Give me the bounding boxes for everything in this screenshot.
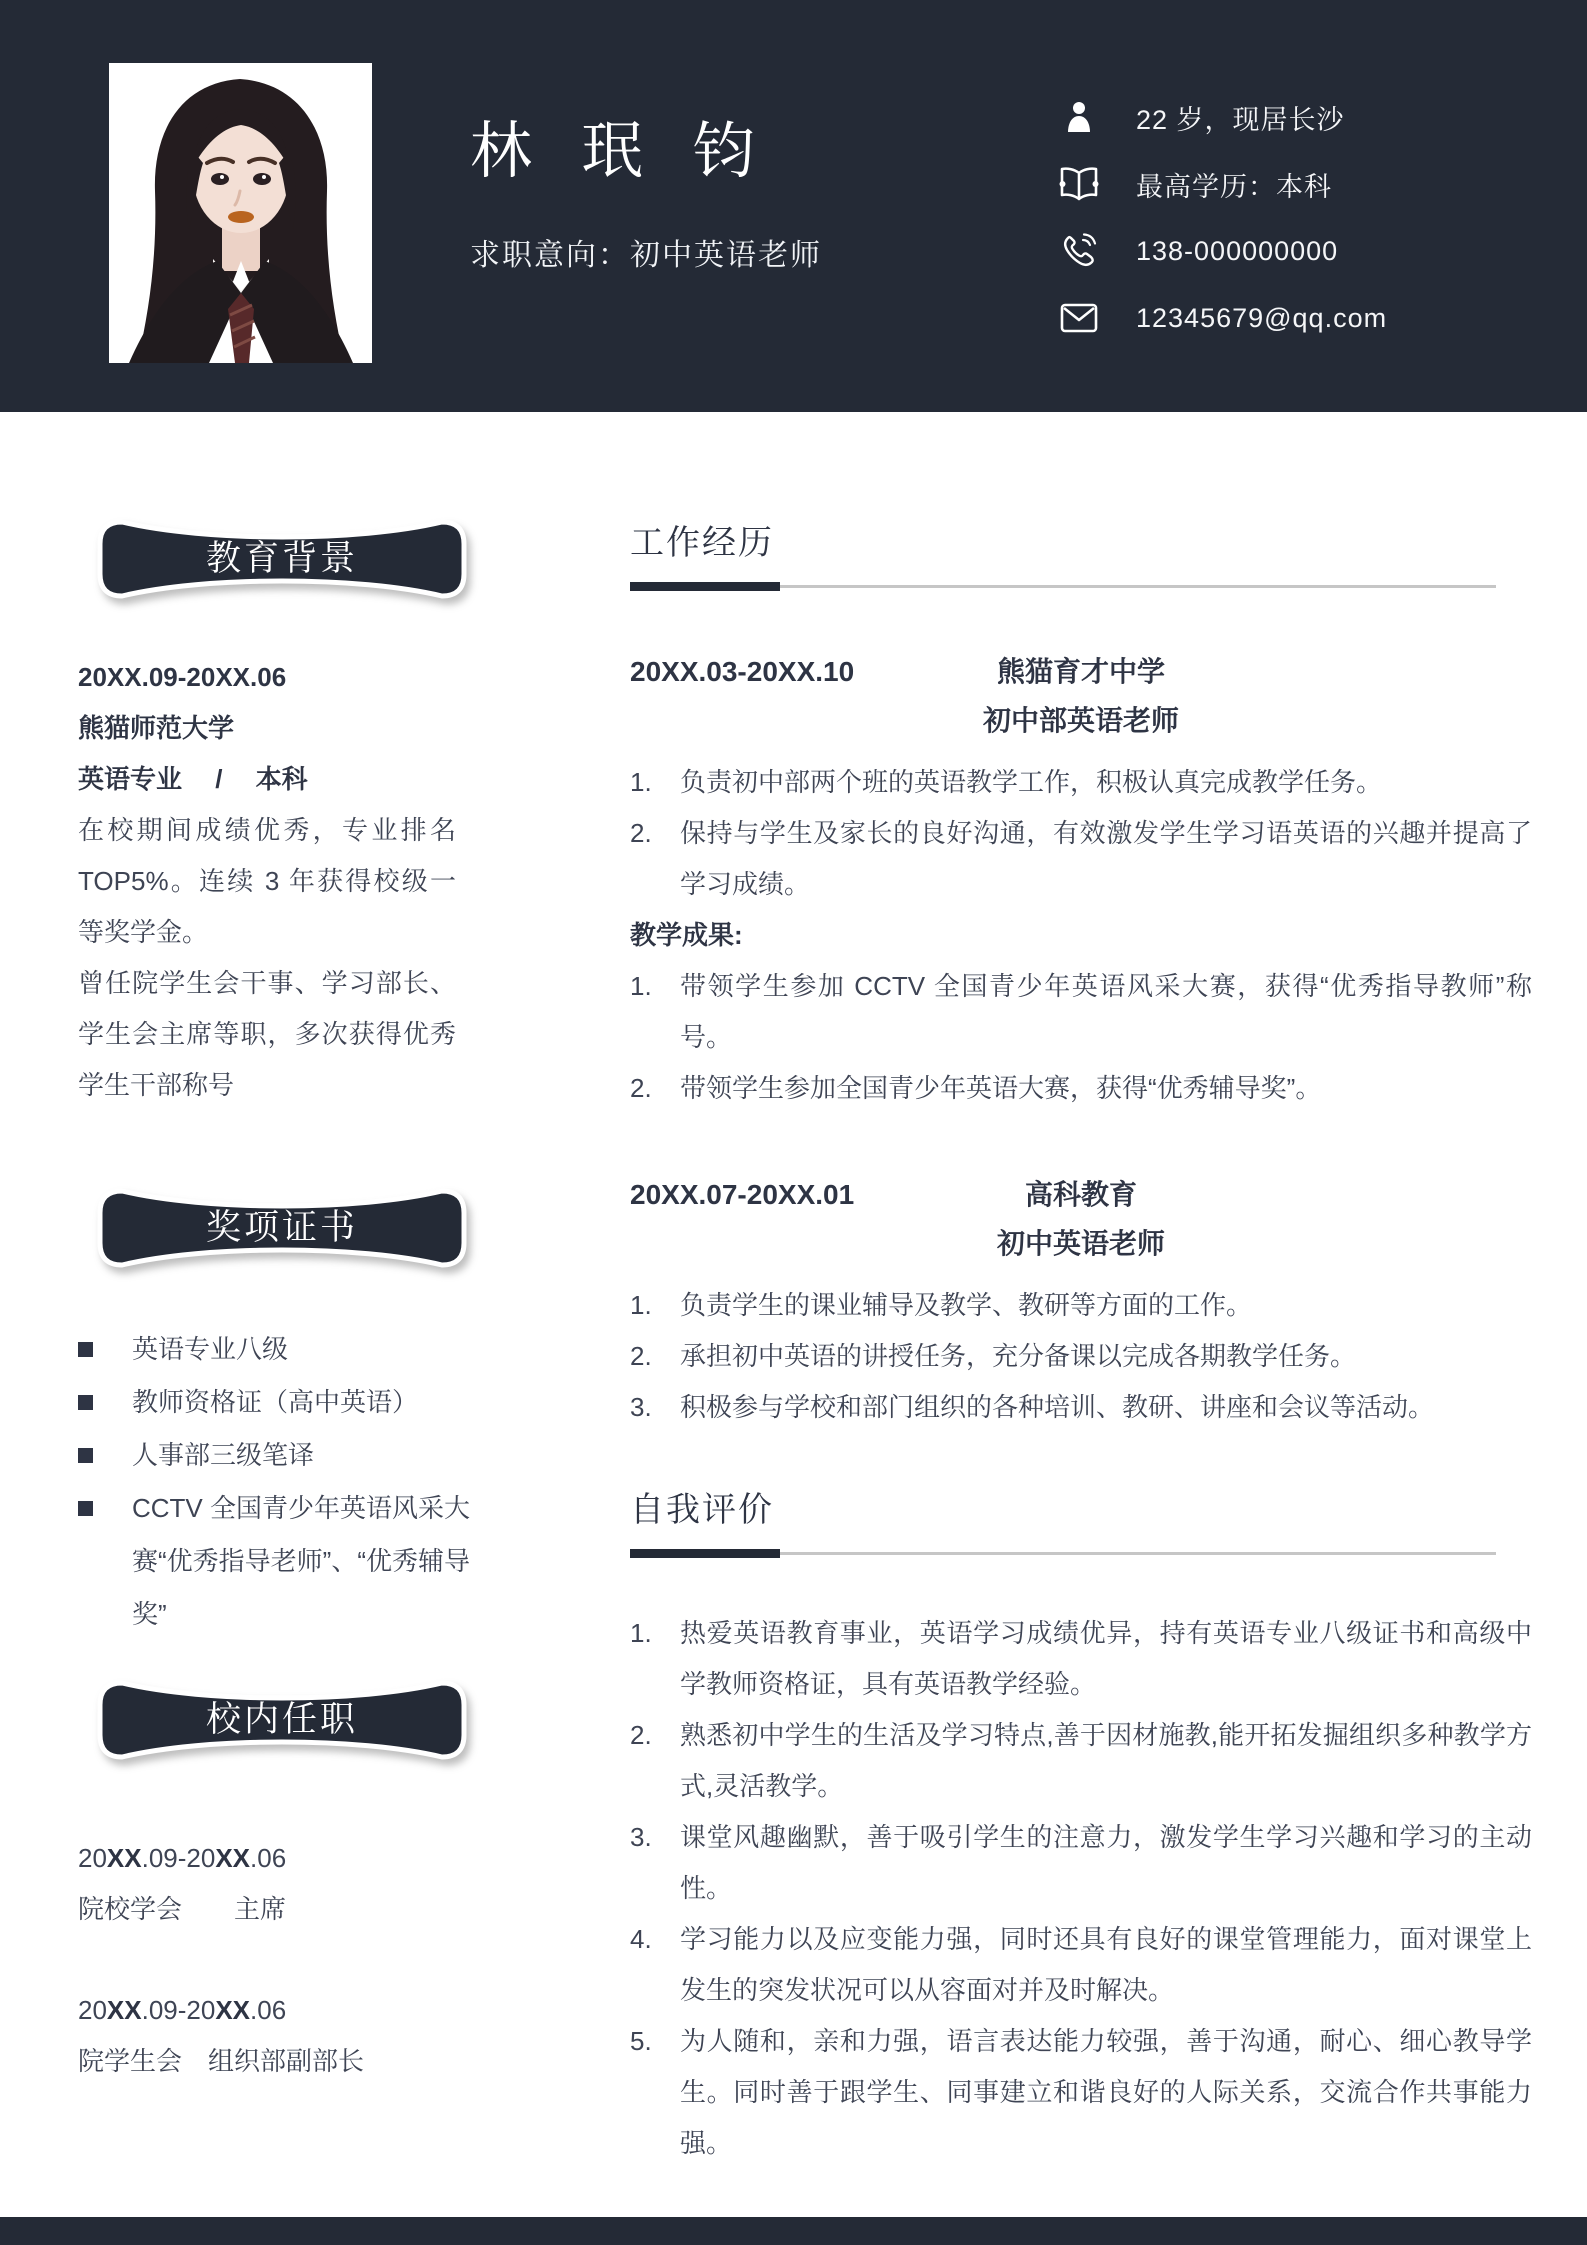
self-evaluation-title: 自我评价 — [630, 1487, 1532, 1533]
duty-text: 保持与学生及家长的良好沟通，有效激发学生学习语英语的兴趣并提高了学习成绩。 — [680, 808, 1532, 910]
education-description: 曾任院学生会干事、学习部长、学生会主席等职，多次获得优秀学生干部称号 — [78, 958, 456, 1111]
list-item: 5. 为人随和，亲和力强，语言表达能力较强，善于沟通，耐心、细心教导学生。同时善… — [630, 2016, 1532, 2169]
award-text: 人事部三级笔译 — [132, 1429, 470, 1482]
list-number: 1. — [630, 757, 680, 808]
contact-phone: 138-000000000 — [1058, 230, 1387, 272]
self-evaluation-text: 熟悉初中学生的生活及学习特点,善于因材施教,能开拓发掘组织多种教学方式,灵活教学… — [680, 1710, 1532, 1812]
award-item: 人事部三级笔译 — [78, 1429, 470, 1482]
job-period: 20XX.07-20XX.01 — [630, 1170, 854, 1219]
list-number: 3. — [630, 1382, 680, 1433]
portrait-illustration — [109, 63, 372, 363]
campus-period: 20XX.09-20XX.06 — [78, 1833, 470, 1884]
list-item: 2. 带领学生参加全国青少年英语大赛，获得“优秀辅导奖”。 — [630, 1063, 1532, 1114]
work-experience-title: 工作经历 — [630, 520, 1532, 566]
section-title-awards: 奖项证书 — [94, 1185, 470, 1271]
job-role: 初中部英语老师 — [630, 696, 1532, 745]
book-icon — [1058, 163, 1100, 205]
section-title-education: 教育背景 — [94, 516, 470, 602]
divider-accent — [630, 582, 780, 591]
contact-age-location: 22 岁，现居长沙 — [1058, 96, 1387, 138]
duty-text: 负责学生的课业辅导及教学、教研等方面的工作。 — [680, 1280, 1532, 1331]
job-role: 初中英语老师 — [630, 1219, 1532, 1268]
profile-photo — [109, 63, 372, 363]
candidate-name: 林 珉 钧 — [470, 112, 822, 192]
list-item: 2. 承担初中英语的讲授任务，充分备课以完成各期教学任务。 — [630, 1331, 1532, 1382]
contact-email: 12345679@qq.com — [1058, 297, 1387, 339]
section-divider — [630, 1549, 1532, 1558]
list-item: 1. 热爱英语教育事业，英语学习成绩优异，持有英语专业八级证书和高级中学教师资格… — [630, 1608, 1532, 1710]
duty-text: 承担初中英语的讲授任务，充分备课以完成各期教学任务。 — [680, 1331, 1532, 1382]
award-item: CCTV 全国青少年英语风采大赛“优秀指导老师”、“优秀辅导奖” — [78, 1482, 470, 1641]
list-number: 2. — [630, 1710, 680, 1812]
education-school: 熊猫师范大学 — [78, 703, 456, 754]
campus-positions-block: 20XX.09-20XX.06 院校学会 主席 20XX.09-20XX.06 … — [78, 1833, 470, 2087]
award-text: 英语专业八级 — [132, 1323, 470, 1376]
square-bullet-icon — [78, 1342, 93, 1357]
self-evaluation-text: 学习能力以及应变能力强，同时还具有良好的课堂管理能力，面对课堂上发生的突发状况可… — [680, 1914, 1532, 2016]
list-item: 2. 熟悉初中学生的生活及学习特点,善于因材施教,能开拓发掘组织多种教学方式,灵… — [630, 1710, 1532, 1812]
left-column: 教育背景 20XX.09-20XX.06 熊猫师范大学 英语专业 / 本科 在校… — [78, 412, 470, 2137]
campus-detail: 院校学会 主席 — [78, 1884, 470, 1935]
campus-entry: 20XX.09-20XX.06 院学生会 组织部副部长 — [78, 1985, 470, 2087]
list-number: 1. — [630, 961, 680, 1063]
job-duty-list: 1. 负责初中部两个班的英语教学工作，积极认真完成教学任务。 2. 保持与学生及… — [630, 757, 1532, 1114]
award-item: 教师资格证（高中英语） — [78, 1376, 470, 1429]
list-number: 2. — [630, 1331, 680, 1382]
campus-period: 20XX.09-20XX.06 — [78, 1985, 470, 2036]
contact-education: 最高学历：本科 — [1058, 163, 1387, 205]
person-icon — [1058, 96, 1100, 138]
job-period: 20XX.03-20XX.10 — [630, 647, 854, 696]
education-description: 在校期间成绩优秀，专业排名TOP5%。连续 3 年获得校级一等奖学金。 — [78, 805, 456, 958]
contact-text: 12345679@qq.com — [1136, 303, 1387, 334]
phone-icon — [1058, 230, 1100, 272]
mail-icon — [1058, 297, 1100, 339]
contact-text: 最高学历：本科 — [1136, 165, 1332, 204]
job-entry: 20XX.07-20XX.01 高科教育 初中英语老师 1. 负责学生的课业辅导… — [630, 1170, 1532, 1433]
contact-list: 22 岁，现居长沙 最高学历：本科 138-000000000 12345679… — [1058, 96, 1387, 364]
awards-list: 英语专业八级 教师资格证（高中英语） 人事部三级笔译 CCTV 全国青少年英语风… — [78, 1323, 470, 1641]
list-number: 4. — [630, 1914, 680, 2016]
self-evaluation-text: 课堂风趣幽默，善于吸引学生的注意力，激发学生学习兴趣和学习的主动性。 — [680, 1812, 1532, 1914]
achievement-text: 带领学生参加全国青少年英语大赛，获得“优秀辅导奖”。 — [680, 1063, 1532, 1114]
list-number: 1. — [630, 1608, 680, 1710]
divider-accent — [630, 1549, 780, 1558]
award-text: CCTV 全国青少年英语风采大赛“优秀指导老师”、“优秀辅导奖” — [132, 1482, 470, 1641]
self-evaluation-list: 1. 热爱英语教育事业，英语学习成绩优异，持有英语专业八级证书和高级中学教师资格… — [630, 1608, 1532, 2169]
resume-page: 林 珉 钧 求职意向：初中英语老师 22 岁，现居长沙 最高学历：本科 1 — [0, 0, 1587, 2245]
job-intention: 求职意向：初中英语老师 — [470, 236, 822, 276]
achievement-text: 带领学生参加 CCTV 全国青少年英语风采大赛，获得“优秀指导教师”称号。 — [680, 961, 1532, 1063]
education-block: 20XX.09-20XX.06 熊猫师范大学 英语专业 / 本科 在校期间成绩优… — [78, 652, 456, 1111]
list-item: 4. 学习能力以及应变能力强，同时还具有良好的课堂管理能力，面对课堂上发生的突发… — [630, 1914, 1532, 2016]
job-entry: 20XX.03-20XX.10 熊猫育才中学 初中部英语老师 1. 负责初中部两… — [630, 647, 1532, 1114]
list-number: 1. — [630, 1280, 680, 1331]
job-heading: 20XX.03-20XX.10 熊猫育才中学 初中部英语老师 — [630, 647, 1532, 745]
campus-detail: 院学生会 组织部副部长 — [78, 2036, 470, 2087]
education-period: 20XX.09-20XX.06 — [78, 652, 456, 703]
self-evaluation-text: 为人随和，亲和力强，语言表达能力较强，善于沟通，耐心、细心教导学生。同时善于跟学… — [680, 2016, 1532, 2169]
section-badge-education: 教育背景 — [94, 516, 470, 602]
list-number: 2. — [630, 1063, 680, 1114]
award-item: 英语专业八级 — [78, 1323, 470, 1376]
list-item: 2. 保持与学生及家长的良好沟通，有效激发学生学习语英语的兴趣并提高了学习成绩。 — [630, 808, 1532, 910]
job-duty-list: 1. 负责学生的课业辅导及教学、教研等方面的工作。 2. 承担初中英语的讲授任务… — [630, 1280, 1532, 1433]
square-bullet-icon — [78, 1448, 93, 1463]
duty-text: 积极参与学校和部门组织的各种培训、教研、讲座和会议等活动。 — [680, 1382, 1532, 1433]
education-major-degree: 英语专业 / 本科 — [78, 754, 456, 805]
section-divider — [630, 582, 1532, 591]
job-heading: 20XX.07-20XX.01 高科教育 初中英语老师 — [630, 1170, 1532, 1268]
section-badge-campus: 校内任职 — [94, 1677, 470, 1763]
campus-entry: 20XX.09-20XX.06 院校学会 主席 — [78, 1833, 470, 1935]
section-badge-awards: 奖项证书 — [94, 1185, 470, 1271]
award-text: 教师资格证（高中英语） — [132, 1376, 470, 1429]
list-number: 2. — [630, 808, 680, 910]
list-item: 3. 课堂风趣幽默，善于吸引学生的注意力，激发学生学习兴趣和学习的主动性。 — [630, 1812, 1532, 1914]
list-number: 3. — [630, 1812, 680, 1914]
footer-bar — [0, 2217, 1587, 2245]
header-identity: 林 珉 钧 求职意向：初中英语老师 — [470, 112, 822, 276]
right-column: 工作经历 20XX.03-20XX.10 熊猫育才中学 初中部英语老师 1. 负… — [630, 412, 1532, 2169]
section-title-campus: 校内任职 — [94, 1677, 470, 1763]
achievement-label: 教学成果: — [630, 910, 1532, 961]
contact-text: 22 岁，现居长沙 — [1136, 98, 1345, 137]
square-bullet-icon — [78, 1501, 93, 1516]
list-item: 1. 带领学生参加 CCTV 全国青少年英语风采大赛，获得“优秀指导教师”称号。 — [630, 961, 1532, 1063]
square-bullet-icon — [78, 1395, 93, 1410]
duty-text: 负责初中部两个班的英语教学工作，积极认真完成教学任务。 — [680, 757, 1532, 808]
list-number: 5. — [630, 2016, 680, 2169]
contact-text: 138-000000000 — [1136, 236, 1338, 267]
header-banner: 林 珉 钧 求职意向：初中英语老师 22 岁，现居长沙 最高学历：本科 1 — [0, 0, 1587, 412]
list-item: 1. 负责初中部两个班的英语教学工作，积极认真完成教学任务。 — [630, 757, 1532, 808]
self-evaluation-text: 热爱英语教育事业，英语学习成绩优异，持有英语专业八级证书和高级中学教师资格证，具… — [680, 1608, 1532, 1710]
list-item: 3. 积极参与学校和部门组织的各种培训、教研、讲座和会议等活动。 — [630, 1382, 1532, 1433]
list-item: 1. 负责学生的课业辅导及教学、教研等方面的工作。 — [630, 1280, 1532, 1331]
